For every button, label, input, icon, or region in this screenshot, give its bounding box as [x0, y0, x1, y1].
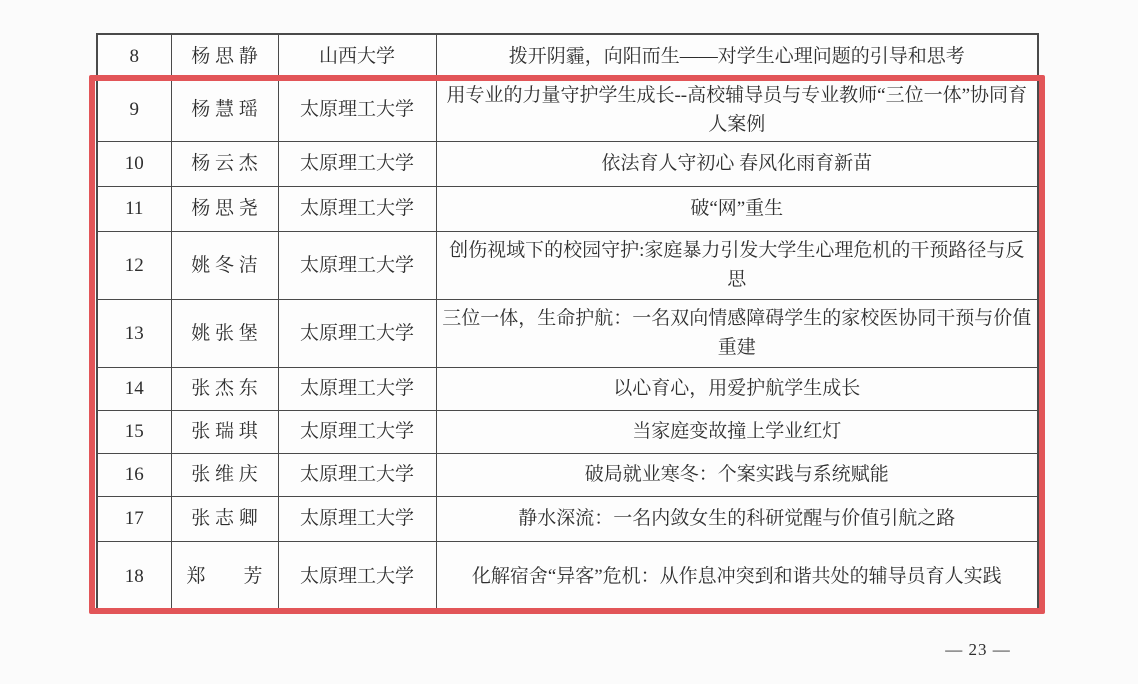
case-title: 依法育人守初心 春风化雨育新苗	[436, 141, 1038, 186]
row-number: 12	[97, 231, 171, 299]
school-name: 太原理工大学	[278, 141, 436, 186]
case-title: 创伤视域下的校园守护:家庭暴力引发大学生心理危机的干预路径与反思	[436, 231, 1038, 299]
row-number: 15	[97, 410, 171, 453]
case-title: 用专业的力量守护学生成长--高校辅导员与专业教师“三位一体”协同育人案例	[436, 78, 1038, 141]
person-name: 姚 冬 洁	[171, 231, 278, 299]
school-name: 太原理工大学	[278, 231, 436, 299]
row-number: 13	[97, 299, 171, 367]
row-number: 16	[97, 453, 171, 496]
table-row: 8 杨 思 静 山西大学 拨开阴霾，向阳而生——对学生心理问题的引导和思考	[97, 34, 1038, 78]
table-row: 13 姚 张 堡 太原理工大学 三位一体，生命护航：一名双向情感障碍学生的家校医…	[97, 299, 1038, 367]
case-title: 当家庭变故撞上学业红灯	[436, 410, 1038, 453]
person-name: 杨 思 静	[171, 34, 278, 78]
table-row: 15 张 瑞 琪 太原理工大学 当家庭变故撞上学业红灯	[97, 410, 1038, 453]
person-name: 杨 思 尧	[171, 186, 278, 231]
school-name: 太原理工大学	[278, 541, 436, 612]
row-number: 10	[97, 141, 171, 186]
table-row: 12 姚 冬 洁 太原理工大学 创伤视域下的校园守护:家庭暴力引发大学生心理危机…	[97, 231, 1038, 299]
table-row: 18 郑 芳 太原理工大学 化解宿舍“异客”危机：从作息冲突到和谐共处的辅导员育…	[97, 541, 1038, 612]
table-row: 10 杨 云 杰 太原理工大学 依法育人守初心 春风化雨育新苗	[97, 141, 1038, 186]
table-row: 14 张 杰 东 太原理工大学 以心育心，用爱护航学生成长	[97, 367, 1038, 410]
person-name: 郑 芳	[171, 541, 278, 612]
row-number: 14	[97, 367, 171, 410]
table-row: 11 杨 思 尧 太原理工大学 破“网”重生	[97, 186, 1038, 231]
school-name: 山西大学	[278, 34, 436, 78]
school-name: 太原理工大学	[278, 299, 436, 367]
person-name: 姚 张 堡	[171, 299, 278, 367]
person-name: 张 杰 东	[171, 367, 278, 410]
row-number: 8	[97, 34, 171, 78]
case-title: 以心育心，用爱护航学生成长	[436, 367, 1038, 410]
school-name: 太原理工大学	[278, 496, 436, 541]
award-list-table: 8 杨 思 静 山西大学 拨开阴霾，向阳而生——对学生心理问题的引导和思考 9 …	[96, 33, 1039, 613]
person-name: 杨 云 杰	[171, 141, 278, 186]
person-name: 张 志 卿	[171, 496, 278, 541]
person-name: 杨 慧 瑶	[171, 78, 278, 141]
person-name: 张 维 庆	[171, 453, 278, 496]
school-name: 太原理工大学	[278, 410, 436, 453]
row-number: 17	[97, 496, 171, 541]
table-row: 17 张 志 卿 太原理工大学 静水深流：一名内敛女生的科研觉醒与价值引航之路	[97, 496, 1038, 541]
case-title: 三位一体，生命护航：一名双向情感障碍学生的家校医协同干预与价值重建	[436, 299, 1038, 367]
page-number: — 23 —	[918, 640, 1038, 660]
case-title: 化解宿舍“异客”危机：从作息冲突到和谐共处的辅导员育人实践	[436, 541, 1038, 612]
school-name: 太原理工大学	[278, 78, 436, 141]
table-row: 9 杨 慧 瑶 太原理工大学 用专业的力量守护学生成长--高校辅导员与专业教师“…	[97, 78, 1038, 141]
row-number: 11	[97, 186, 171, 231]
case-title: 破局就业寒冬：个案实践与系统赋能	[436, 453, 1038, 496]
case-title: 破“网”重生	[436, 186, 1038, 231]
case-title: 拨开阴霾，向阳而生——对学生心理问题的引导和思考	[436, 34, 1038, 78]
document-page: 8 杨 思 静 山西大学 拨开阴霾，向阳而生——对学生心理问题的引导和思考 9 …	[0, 0, 1138, 684]
row-number: 18	[97, 541, 171, 612]
person-name: 张 瑞 琪	[171, 410, 278, 453]
case-title: 静水深流：一名内敛女生的科研觉醒与价值引航之路	[436, 496, 1038, 541]
school-name: 太原理工大学	[278, 186, 436, 231]
row-number: 9	[97, 78, 171, 141]
school-name: 太原理工大学	[278, 367, 436, 410]
table-row: 16 张 维 庆 太原理工大学 破局就业寒冬：个案实践与系统赋能	[97, 453, 1038, 496]
school-name: 太原理工大学	[278, 453, 436, 496]
